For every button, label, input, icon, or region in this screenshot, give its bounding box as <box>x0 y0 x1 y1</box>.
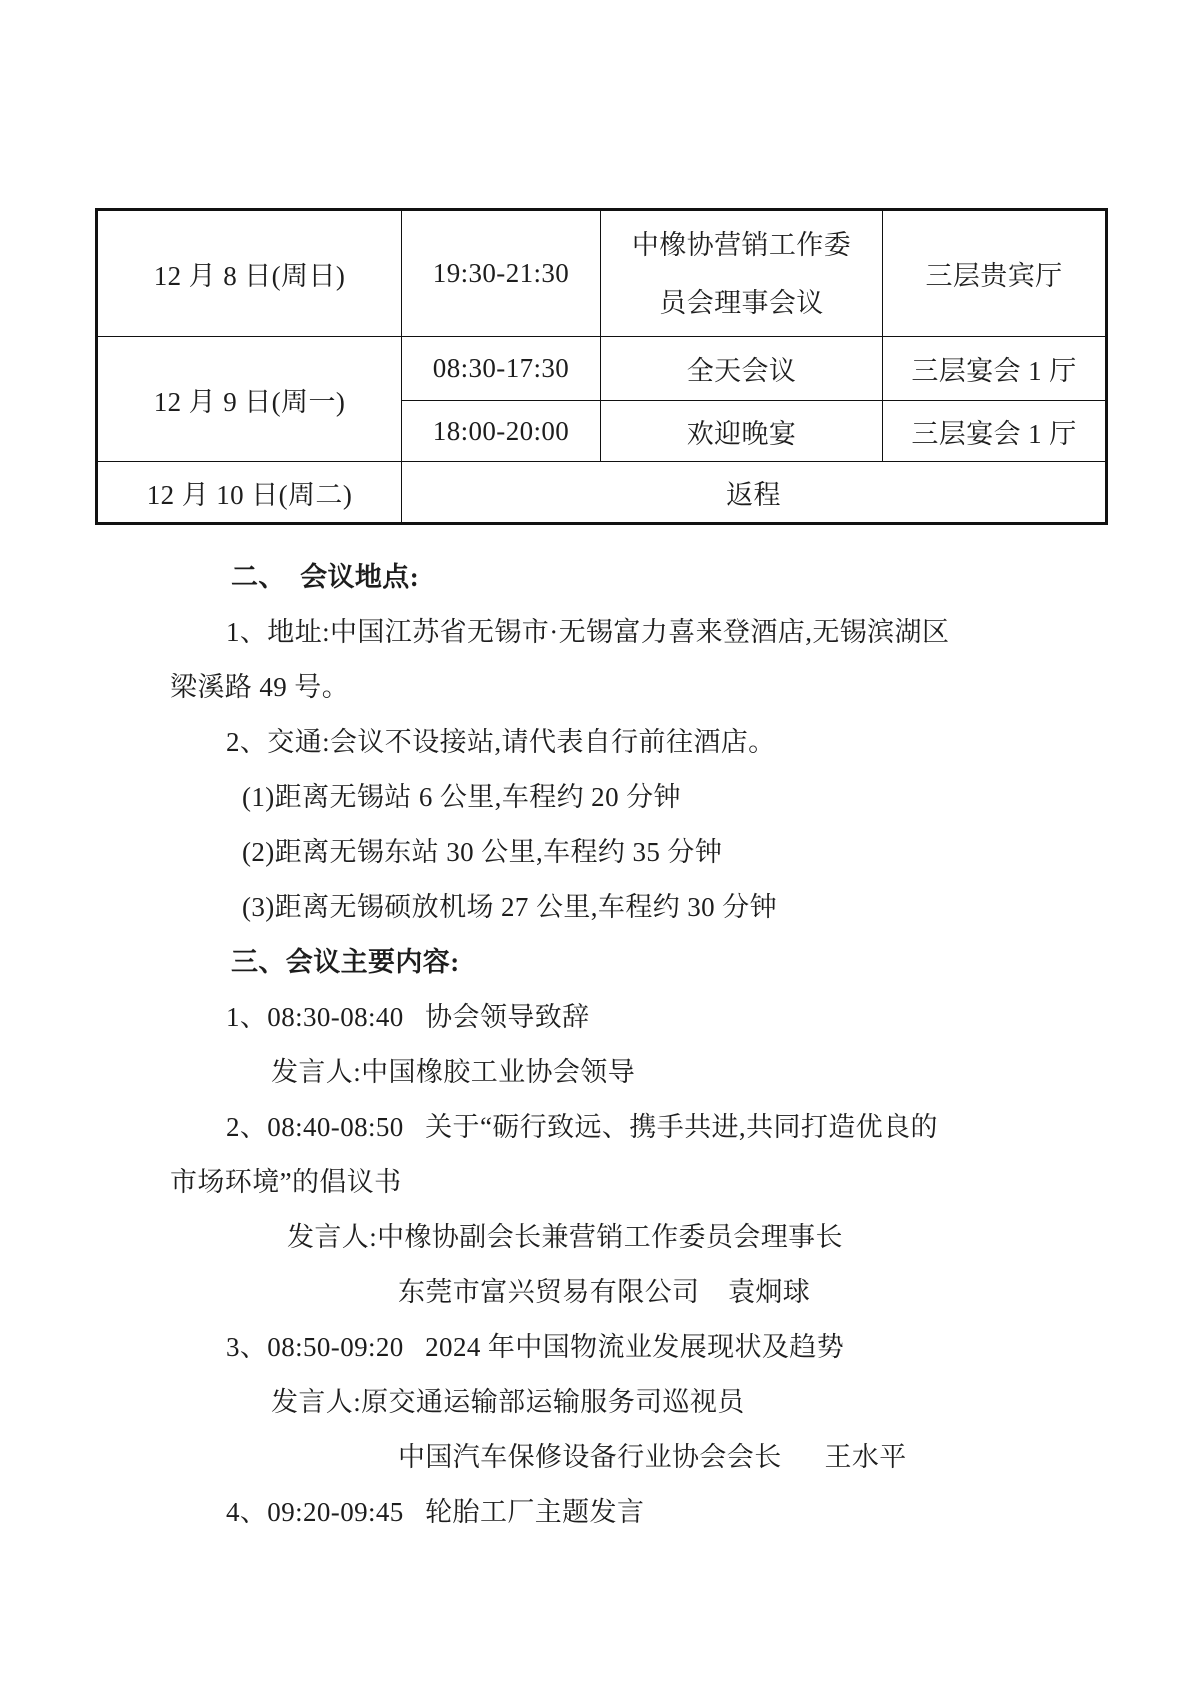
event-cell: 欢迎晚宴 <box>601 401 883 462</box>
return-trip-cell: 返程 <box>402 462 1107 524</box>
table-row-dec10: 12 月 10 日(周二) 返程 <box>97 462 1107 524</box>
document-line-6: (3)距离无锡硕放机场 27 公里,车程约 30 分钟 <box>0 880 1200 935</box>
document-line-9: 发言人:中国橡胶工业协会领导 <box>0 1045 1200 1100</box>
date-cell: 12 月 8 日(周日) <box>97 210 402 337</box>
document-page: 12 月 8 日(周日) 19:30-21:30 中橡协营销工作委 员会理事会议… <box>0 0 1200 1696</box>
date-cell: 12 月 10 日(周二) <box>97 462 402 524</box>
event-cell: 全天会议 <box>601 337 883 401</box>
document-line-11: 市场环境”的倡议书 <box>0 1155 1200 1210</box>
document-line-7: 三、会议主要内容: <box>0 935 1200 990</box>
document-line-5: (2)距离无锡东站 30 公里,车程约 35 分钟 <box>0 825 1200 880</box>
time-cell: 18:00-20:00 <box>402 401 601 462</box>
venue-cell: 三层宴会 1 厅 <box>883 337 1107 401</box>
schedule-table: 12 月 8 日(周日) 19:30-21:30 中橡协营销工作委 员会理事会议… <box>95 208 1108 525</box>
time-cell: 08:30-17:30 <box>402 337 601 401</box>
body-text: 二、 会议地点:1、地址:中国江苏省无锡市·无锡富力喜来登酒店,无锡滨湖区梁溪路… <box>0 550 1200 1540</box>
table-row-dec9-day: 12 月 9 日(周一) 08:30-17:30 全天会议 三层宴会 1 厅 <box>97 337 1107 401</box>
document-line-8: 1、08:30-08:40 协会领导致辞 <box>0 990 1200 1045</box>
document-line-0: 二、 会议地点: <box>0 550 1200 605</box>
document-line-3: 2、交通:会议不设接站,请代表自行前往酒店。 <box>0 715 1200 770</box>
date-cell: 12 月 9 日(周一) <box>97 337 402 462</box>
table-row-dec8: 12 月 8 日(周日) 19:30-21:30 中橡协营销工作委 员会理事会议… <box>97 210 1107 337</box>
venue-cell: 三层宴会 1 厅 <box>883 401 1107 462</box>
time-cell: 19:30-21:30 <box>402 210 601 337</box>
document-line-4: (1)距离无锡站 6 公里,车程约 20 分钟 <box>0 770 1200 825</box>
document-line-1: 1、地址:中国江苏省无锡市·无锡富力喜来登酒店,无锡滨湖区 <box>0 605 1200 660</box>
document-line-2: 梁溪路 49 号。 <box>0 660 1200 715</box>
document-line-14: 3、08:50-09:20 2024 年中国物流业发展现状及趋势 <box>0 1320 1200 1375</box>
document-line-15: 发言人:原交通运输部运输服务司巡视员 <box>0 1375 1200 1430</box>
venue-cell: 三层贵宾厅 <box>883 210 1107 337</box>
document-line-10: 2、08:40-08:50 关于“砺行致远、携手共进,共同打造优良的 <box>0 1100 1200 1155</box>
document-line-12: 发言人:中橡协副会长兼营销工作委员会理事长 <box>0 1210 1200 1265</box>
document-line-16: 中国汽车保修设备行业协会会长 王水平 <box>0 1430 1200 1485</box>
event-cell: 中橡协营销工作委 员会理事会议 <box>601 210 883 337</box>
document-line-13: 东莞市富兴贸易有限公司 袁炯球 <box>0 1265 1200 1320</box>
document-line-17: 4、09:20-09:45 轮胎工厂主题发言 <box>0 1485 1200 1540</box>
